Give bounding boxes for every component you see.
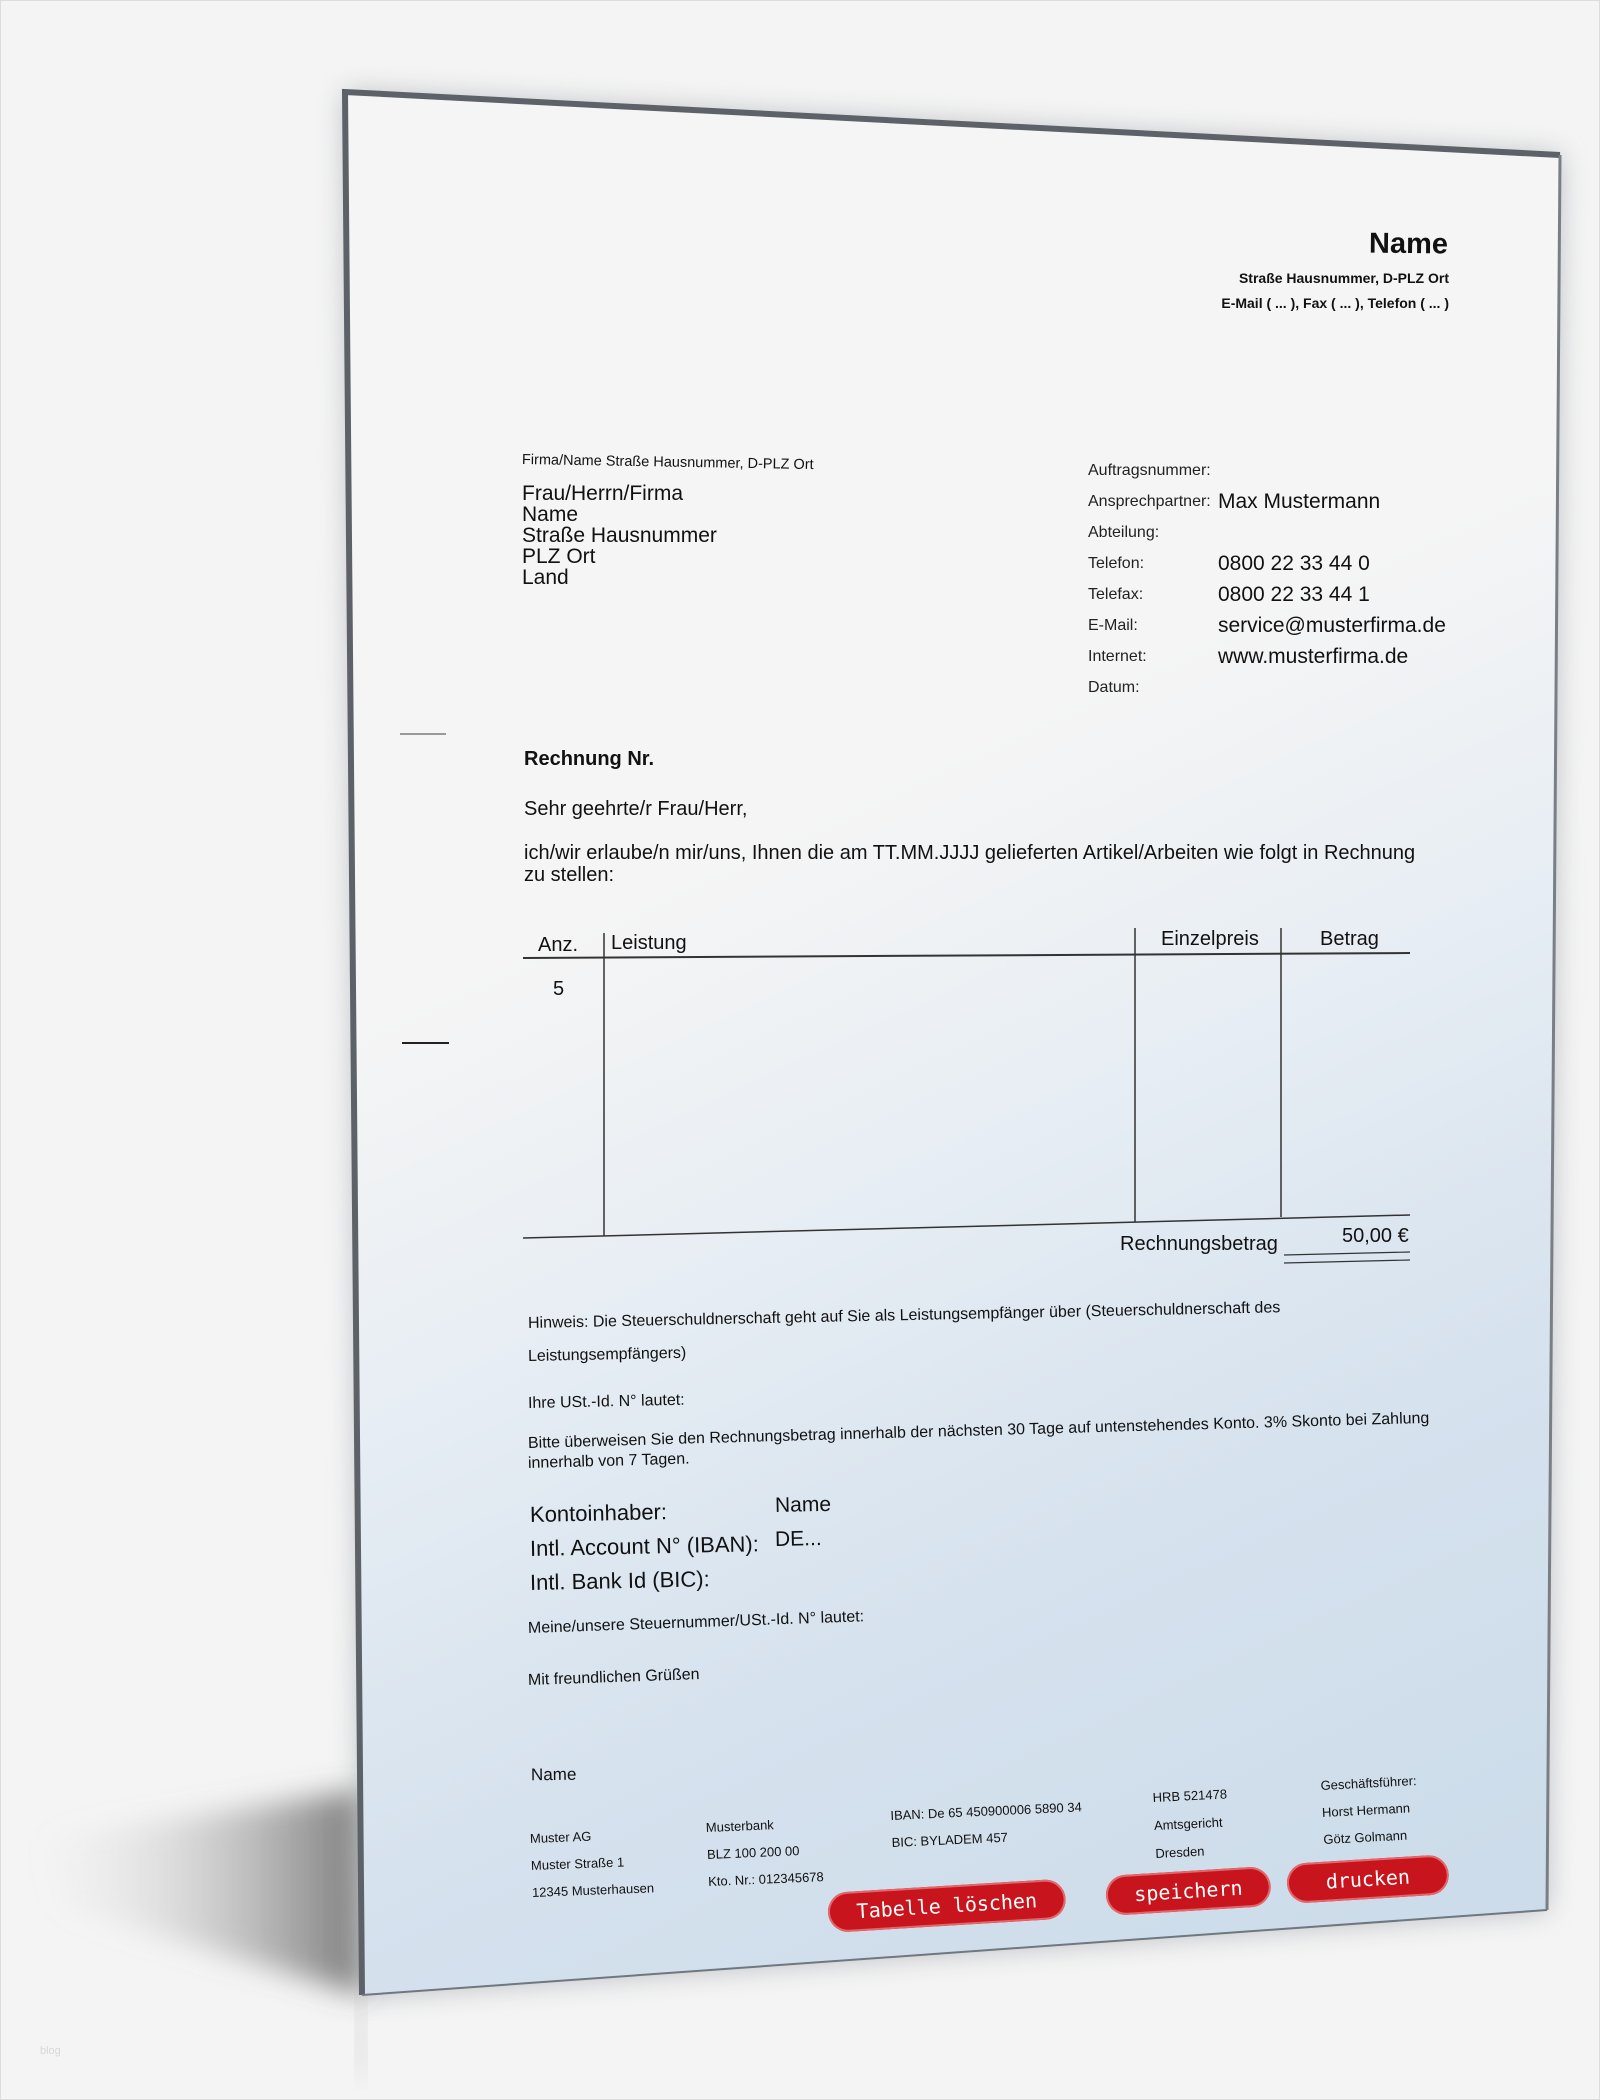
bic-label: Intl. Bank Id (BIC): — [530, 1566, 710, 1596]
info-label: Abteilung: — [1088, 524, 1159, 542]
recipient-line: PLZ Ort — [522, 546, 717, 567]
footer-management: Geschäftsführer: Horst Hermann Götz Golm… — [1320, 1767, 1420, 1853]
invoice-page: Name Straße Hausnummer, D-PLZ Ort E-Mail… — [0, 0, 1600, 2100]
hint-line: Leistungsempfängers) — [528, 1345, 687, 1366]
hint-line: Hinweis: Die Steuerschuldnerschaft geht … — [528, 1299, 1281, 1333]
info-label: Datum: — [1088, 679, 1140, 697]
recipient-line: Land — [522, 567, 717, 588]
print-button[interactable]: drucken — [1286, 1854, 1450, 1904]
footer-line: Amtsgericht — [1153, 1808, 1229, 1840]
vat-id-text: Ihre USt.-Id. N° lautet: — [528, 1392, 685, 1413]
column-header-service: Leistung — [611, 932, 687, 955]
info-label: E-Mail: — [1088, 617, 1138, 635]
footer-line: 12345 Musterhausen — [532, 1874, 655, 1906]
total-label: Rechnungsbetrag — [1120, 1233, 1278, 1256]
info-label: Ansprechpartner: — [1088, 493, 1211, 511]
info-label: Internet: — [1088, 648, 1147, 666]
watermark: blog — [40, 2045, 61, 2057]
save-button[interactable]: speichern — [1105, 1866, 1272, 1916]
recipient-address: Frau/Herrn/Firma Name Straße Hausnummer … — [522, 483, 717, 588]
footer-iban-bic: IBAN: De 65 450900006 5890 34 BIC: BYLAD… — [890, 1793, 1084, 1856]
footer-line: Götz Golmann — [1323, 1821, 1420, 1853]
footer-bank: Musterbank BLZ 100 200 00 Kto. Nr.: 0123… — [705, 1809, 824, 1895]
tax-number-text: Meine/unsere Steuernummer/USt.-Id. N° la… — [528, 1608, 865, 1638]
recipient-line: Name — [522, 504, 717, 525]
column-header-quantity: Anz. — [538, 934, 578, 957]
info-value: service@musterfirma.de — [1218, 614, 1446, 638]
info-value: www.musterfirma.de — [1218, 645, 1408, 669]
footer-line: Dresden — [1155, 1836, 1231, 1868]
intro-line: zu stellen: — [524, 864, 1415, 886]
signature-name: Name — [531, 1765, 577, 1785]
cell-quantity[interactable]: 5 — [553, 978, 564, 1001]
fold-mark — [400, 733, 446, 735]
footer-register: HRB 521478 Amtsgericht Dresden — [1152, 1780, 1230, 1868]
iban-label: Intl. Account N° (IBAN): — [530, 1531, 759, 1562]
header-name: Name — [1369, 228, 1448, 262]
column-header-amount: Betrag — [1320, 928, 1379, 951]
intro-line: ich/wir erlaube/n mir/uns, Ihnen die am … — [524, 842, 1415, 864]
clear-table-button[interactable]: Tabelle löschen — [827, 1879, 1067, 1933]
iban-value: DE... — [775, 1527, 822, 1552]
info-label: Telefon: — [1088, 555, 1144, 573]
payment-line: Bitte überweisen Sie den Rechnungsbetrag… — [528, 1410, 1430, 1453]
footer-company: Muster AG Muster Straße 1 12345 Musterha… — [529, 1820, 654, 1906]
account-holder-label: Kontoinhaber: — [530, 1499, 668, 1528]
invoice-subject: Rechnung Nr. — [524, 748, 654, 771]
total-value: 50,00 € — [1342, 1225, 1409, 1248]
sender-return-address: Firma/Name Straße Hausnummer, D-PLZ Ort — [522, 452, 814, 473]
column-header-unit-price: Einzelpreis — [1161, 928, 1259, 951]
footer-line: HRB 521478 — [1152, 1780, 1228, 1812]
recipient-line: Straße Hausnummer — [522, 525, 717, 546]
payment-line: innerhalb von 7 Tagen. — [528, 1450, 690, 1473]
recipient-line: Frau/Herrn/Firma — [522, 483, 717, 504]
info-label: Auftragsnummer: — [1088, 462, 1211, 480]
info-label: Telefax: — [1088, 586, 1143, 604]
footer-line: Kto. Nr.: 012345678 — [708, 1863, 825, 1895]
account-holder-value: Name — [775, 1493, 832, 1518]
intro-text: ich/wir erlaube/n mir/uns, Ihnen die am … — [524, 842, 1415, 886]
salutation: Sehr geehrte/r Frau/Herr, — [524, 798, 747, 821]
closing-greeting: Mit freundlichen Grüßen — [528, 1666, 700, 1690]
info-value: Max Mustermann — [1218, 490, 1380, 514]
info-value: 0800 22 33 44 0 — [1218, 552, 1370, 576]
header-contact: E-Mail ( ... ), Fax ( ... ), Telefon ( .… — [1221, 295, 1449, 311]
punch-mark — [402, 1042, 449, 1044]
info-value: 0800 22 33 44 1 — [1218, 583, 1370, 607]
header-address: Straße Hausnummer, D-PLZ Ort — [1239, 270, 1449, 286]
